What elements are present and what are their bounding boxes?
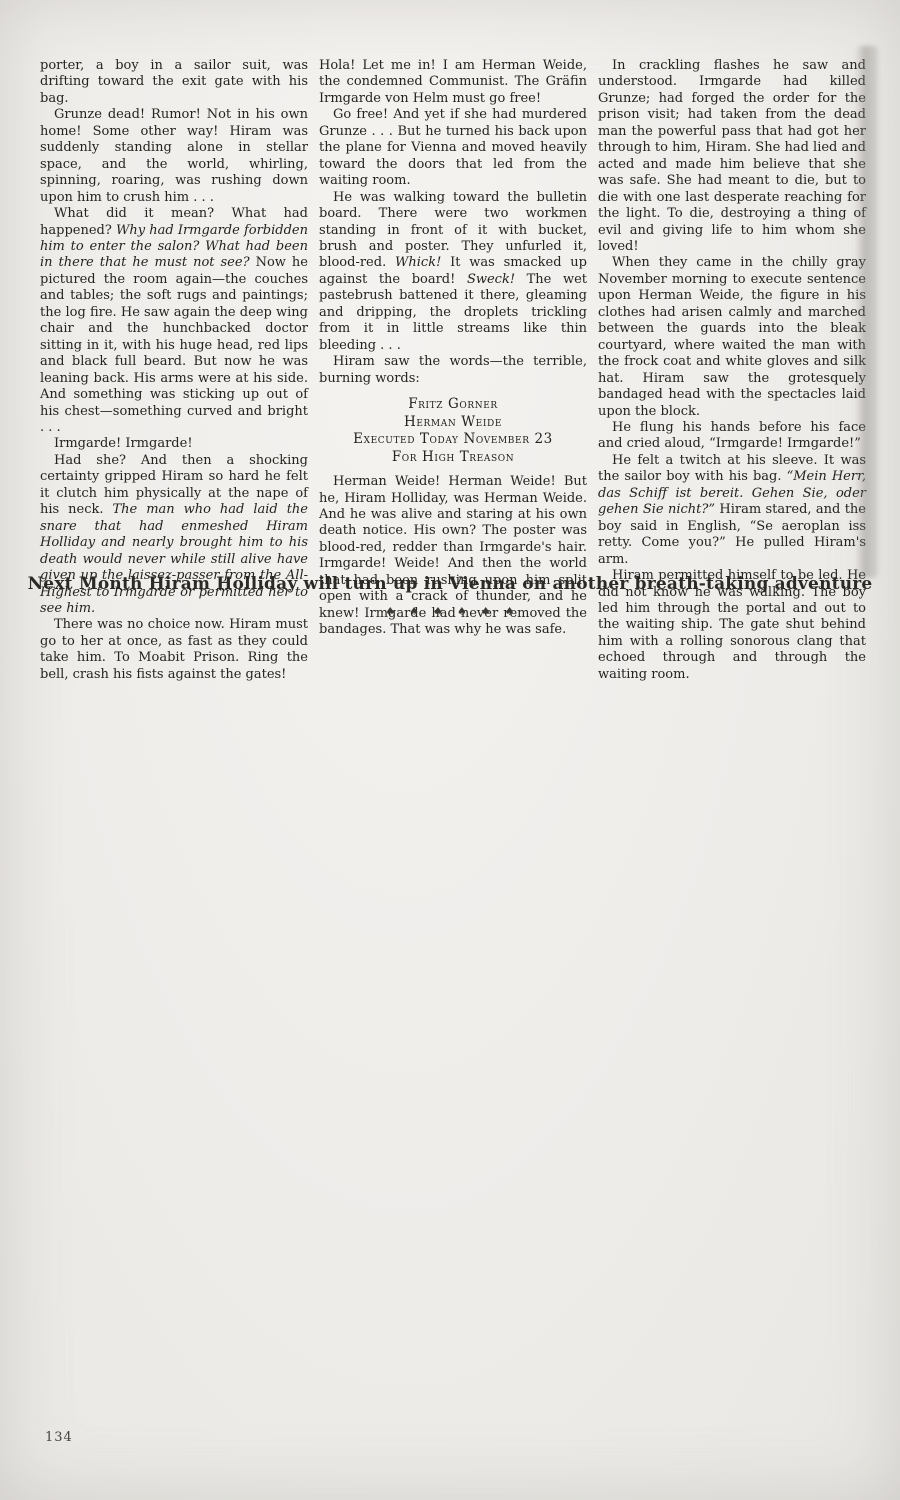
text-run: Grunze dead! Rumor! Not in his own home!…	[40, 107, 308, 204]
paragraph: He felt a twitch at his sleeve. It was t…	[598, 453, 866, 568]
text-run: Hola! Let me in! I am Herman Weide, the …	[319, 58, 587, 106]
poster-line: For High Treason	[319, 449, 587, 467]
text-run: Go free! And yet if she had murdered Gru…	[319, 107, 587, 188]
paragraph: He was walking toward the bulletin board…	[319, 190, 587, 355]
execution-poster-notice: Fritz Gorner Herman Weide Executed Today…	[319, 396, 587, 466]
scan-shadow-artifact	[855, 46, 878, 578]
poster-line: Executed Today November 23	[319, 431, 587, 449]
next-month-teaser: Next Month Hiram Holliday will turn up i…	[0, 574, 900, 594]
paragraph: Irmgarde! Irmgarde!	[40, 436, 308, 452]
text-run: Irmgarde! Irmgarde!	[54, 436, 193, 451]
paragraph: He flung his hands before his face and c…	[598, 420, 866, 453]
paragraph: There was no choice now. Hiram must go t…	[40, 617, 308, 683]
text-run: Hiram saw the words—the terrible, burnin…	[319, 354, 587, 385]
text-run: He flung his hands before his face and c…	[598, 420, 866, 451]
paragraph: porter, a boy in a sailor suit, was drif…	[40, 58, 308, 107]
text-run: In crackling flashes he saw and understo…	[598, 58, 866, 254]
paragraph: Grunze dead! Rumor! Not in his own home!…	[40, 107, 308, 206]
paragraph: When they came in the chilly gray Novemb…	[598, 255, 866, 420]
text-run: porter, a boy in a sailor suit, was drif…	[40, 58, 308, 106]
scanned-magazine-page: porter, a boy in a sailor suit, was drif…	[0, 0, 900, 1500]
paragraph: Hiram saw the words—the terrible, burnin…	[319, 354, 587, 387]
italic-run: Sweck!	[467, 272, 515, 287]
text-run: Now he pictured the room again—the couch…	[40, 255, 308, 435]
paragraph: Hola! Let me in! I am Herman Weide, the …	[319, 58, 587, 107]
ornament-divider-icons: ♠♠♠♠♠♠	[0, 605, 900, 618]
poster-line: Herman Weide	[319, 414, 587, 432]
page-number: 134	[45, 1430, 73, 1445]
paragraph: What did it mean? What had happened? Why…	[40, 206, 308, 436]
text-run: There was no choice now. Hiram must go t…	[40, 617, 308, 681]
poster-line: Fritz Gorner	[319, 396, 587, 414]
paragraph: In crackling flashes he saw and understo…	[598, 58, 866, 255]
paragraph: Go free! And yet if she had murdered Gru…	[319, 107, 587, 189]
italic-run: Whick!	[395, 255, 441, 270]
text-run: When they came in the chilly gray Novemb…	[598, 255, 866, 418]
italic-run: The man who had laid the snare that had …	[40, 502, 308, 616]
